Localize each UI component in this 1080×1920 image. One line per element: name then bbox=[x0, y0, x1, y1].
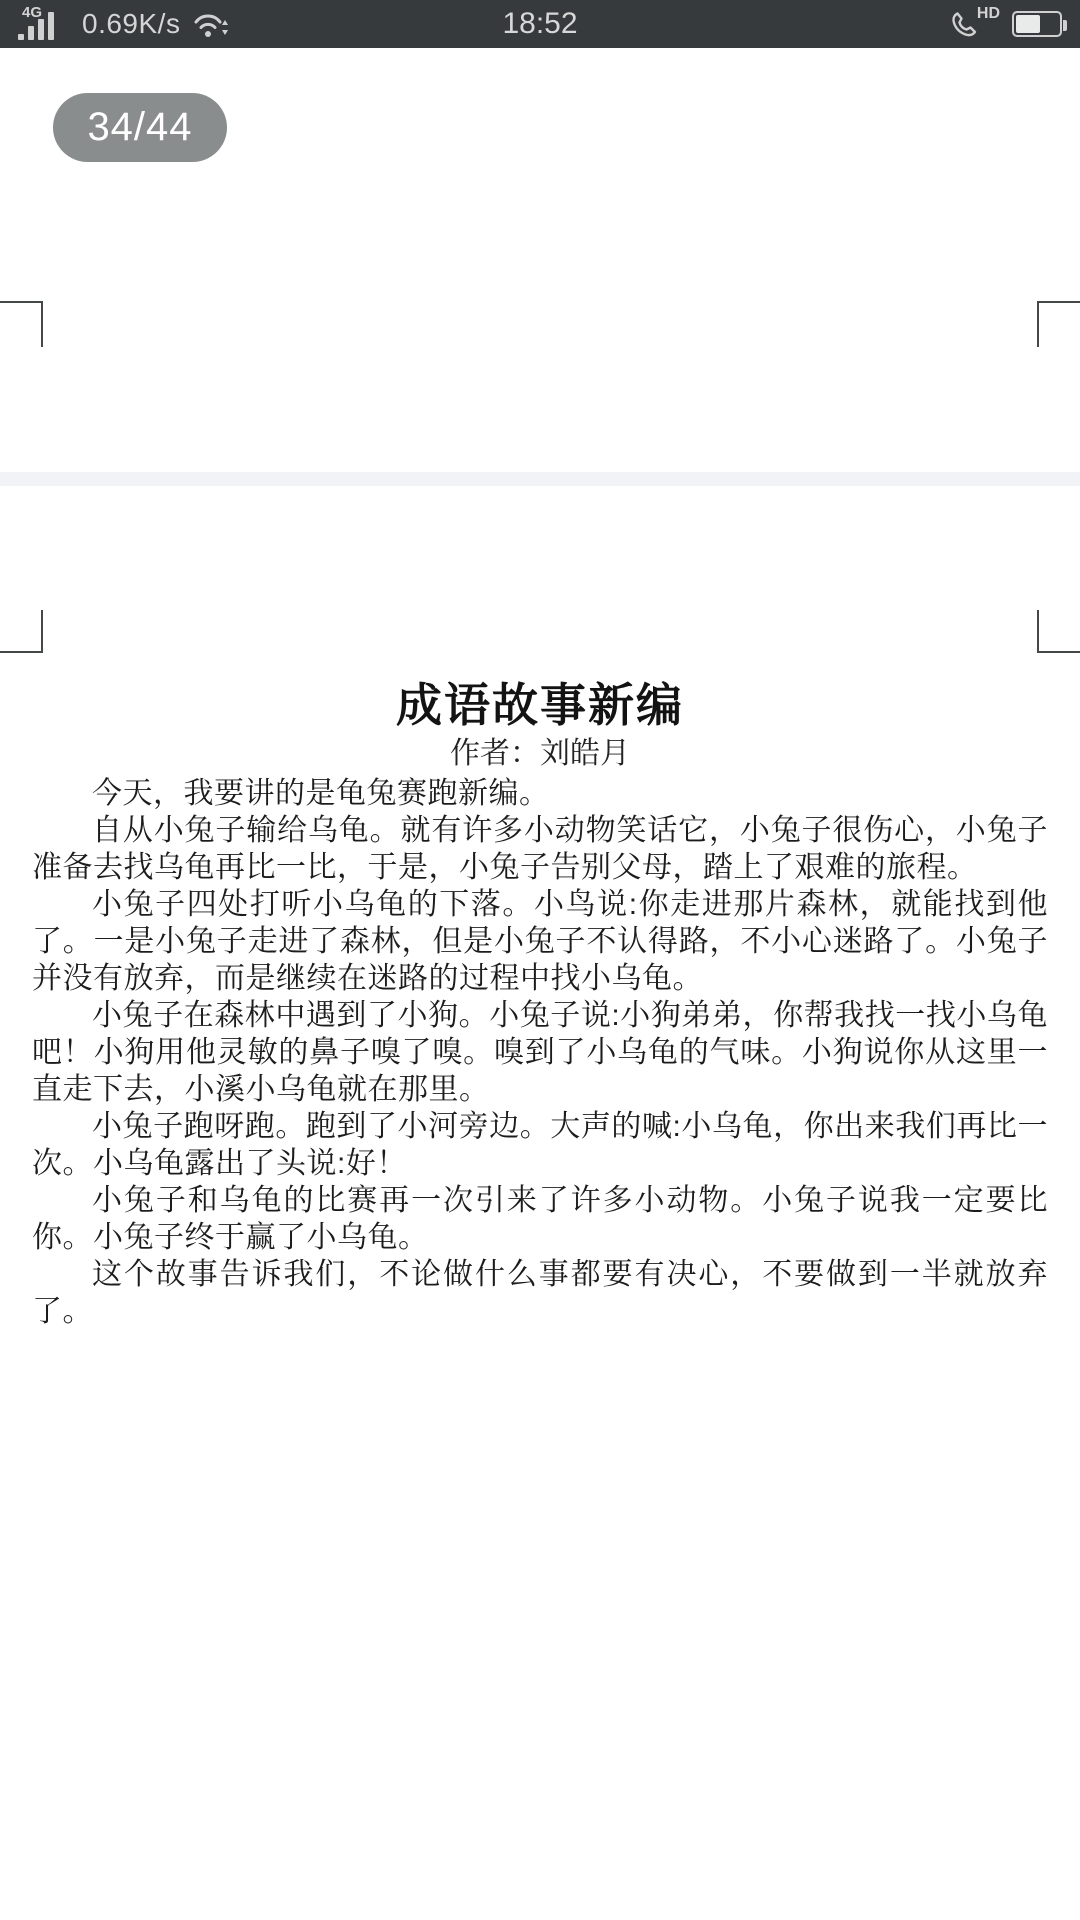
document-author: 作者：刘皓月 bbox=[0, 737, 1080, 771]
status-bar-right: HD bbox=[949, 9, 1062, 39]
battery-nub bbox=[1063, 20, 1067, 31]
wifi-icon bbox=[192, 8, 230, 40]
signal-bars-icon bbox=[18, 12, 54, 40]
paragraph: 这个故事告诉我们，不论做什么事都要有决心，不要做到一半就放弃了。 bbox=[32, 1256, 1048, 1330]
cell-signal-icon: 4G bbox=[18, 6, 70, 42]
status-bar: 4G 0.69K/s 18:52 HD bbox=[0, 0, 1080, 48]
status-bar-left: 4G 0.69K/s bbox=[18, 6, 230, 42]
network-speed-label: 0.69K/s bbox=[82, 8, 180, 40]
margin-mark-top-left-current-page bbox=[0, 610, 43, 653]
paragraph: 自从小兔子输给乌龟。就有许多小动物笑话它，小兔子很伤心，小兔子准备去找乌龟再比一… bbox=[32, 812, 1048, 886]
document-title: 成语故事新编 bbox=[0, 681, 1080, 729]
document-page-current[interactable]: 成语故事新编 作者：刘皓月 今天，我要讲的是龟兔赛跑新编。自从小兔子输给乌龟。就… bbox=[0, 486, 1080, 1920]
margin-mark-bottom-left-prev-page bbox=[0, 301, 43, 347]
margin-mark-bottom-right-prev-page bbox=[1037, 301, 1080, 347]
paragraph: 小兔子在森林中遇到了小狗。小兔子说:小狗弟弟，你帮我找一找小乌龟吧！小狗用他灵敏… bbox=[32, 997, 1048, 1108]
margin-mark-top-right-current-page bbox=[1037, 610, 1080, 653]
phone-icon bbox=[949, 9, 979, 39]
document-body: 今天，我要讲的是龟兔赛跑新编。自从小兔子输给乌龟。就有许多小动物笑话它，小兔子很… bbox=[32, 775, 1048, 1330]
hd-label: HD bbox=[977, 5, 1000, 23]
volte-hd-icon: HD bbox=[949, 9, 1000, 39]
battery-fill bbox=[1016, 15, 1040, 33]
paragraph: 小兔子和乌龟的比赛再一次引来了许多小动物。小兔子说我一定要比你。小兔子终于赢了小… bbox=[32, 1182, 1048, 1256]
paragraph: 今天，我要讲的是龟兔赛跑新编。 bbox=[32, 775, 1048, 812]
paragraph: 小兔子跑呀跑。跑到了小河旁边。大声的喊:小乌龟，你出来我们再比一次。小乌龟露出了… bbox=[32, 1108, 1048, 1182]
document-page-previous[interactable]: 34/44 bbox=[0, 48, 1080, 472]
battery-icon bbox=[1012, 11, 1062, 37]
page-separator bbox=[0, 472, 1080, 486]
phone-screen: 4G 0.69K/s 18:52 HD bbox=[0, 0, 1080, 1920]
paragraph: 小兔子四处打听小乌龟的下落。小鸟说:你走进那片森林，就能找到他了。一是小兔子走进… bbox=[32, 886, 1048, 997]
page-number-indicator: 34/44 bbox=[53, 93, 227, 162]
